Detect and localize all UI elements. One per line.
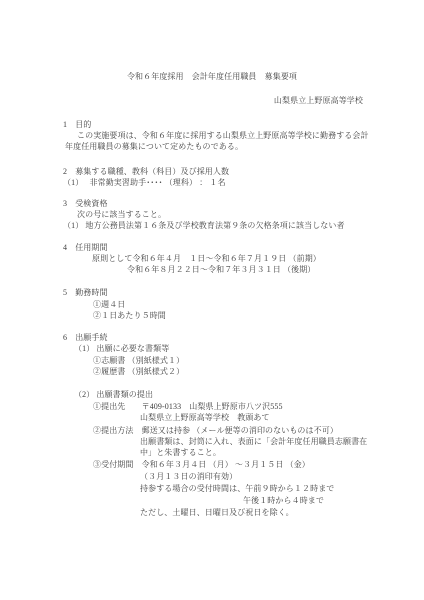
section-5-item-2: ②１日あたり５時間 [93, 311, 166, 321]
school-name: 山梨県立上野原高等学校 [274, 96, 363, 106]
document-title: 令和６年度採用 会計年度任用職員 募集要項 [0, 72, 424, 82]
section-4-period-first: 原則として令和６年４月 １日～令和６年７月１９日 （前期） [92, 254, 321, 264]
section-4-period-second: 令和６年８月２２日～令和７年３月３１日 （後期） [127, 265, 315, 275]
section-6-1-item-2: ②履歴書 （別紙様式２） [93, 367, 184, 377]
section-4-heading: 4 任用期間 [63, 243, 108, 253]
section-6-1-heading: （1） 出願に必要な書類等 [74, 344, 169, 354]
section-6-heading: 6 出願手続 [63, 333, 108, 343]
section-1-body-line-1: この実施要項は、令和６年度に採用する山梨県立上野原高等学校に勤務する会計 [77, 131, 369, 141]
section-3-heading: 3 受検資格 [63, 199, 108, 209]
section-6-2-postmark-note: （３月１３日の消印有効） [140, 472, 237, 482]
section-5-heading: 5 勤務時間 [63, 288, 108, 298]
section-1-body-line-2: 年度任用職員の募集について定めたものである。 [65, 142, 243, 152]
section-6-2-exclusion-note: ただし、土曜日、日曜日及び祝日を除く。 [140, 508, 294, 518]
section-2-heading: 2 募集する職種、教科（科目）及び採用人数 [63, 167, 229, 177]
section-6-2-method-line-2: 出願書類は、封筒に入れ、表面に「会計年度任用職員志願書在 [140, 437, 367, 447]
section-3-body-line-1: 次の号に該当すること。 [77, 210, 166, 220]
section-2-item-1: （1） 非常勤実習助手････ （理科） ： １名 [63, 178, 226, 188]
section-6-2-hours-afternoon: 午後１時から４時まで [243, 496, 324, 506]
section-6-2-acceptance-period: ③受付期間 令和６年３月４日 （月） ～３月１５日 （金） [93, 460, 310, 470]
section-6-2-destination: ①提出先 〒409-0133 山梨県上野原市八ツ沢555 [93, 402, 283, 412]
section-6-2-hours-morning: 持参する場合の受付時間は、午前９時から１２時まで [140, 484, 334, 494]
section-6-1-item-1: ①志願書 （別紙様式１） [93, 356, 184, 366]
section-5-item-1: ①週４日 [93, 300, 125, 310]
section-3-item-1: （1） 地方公務員法第１６条及び学校教育法第９条の欠格条項に該当しない者 [63, 221, 345, 231]
section-6-2-method: ②提出方法 郵送又は持参 （メール便等の消印のないものは不可） [93, 426, 338, 436]
section-6-2-heading: （2） 出願書類の提出 [74, 390, 153, 400]
document-page: 令和６年度採用 会計年度任用職員 募集要項 山梨県立上野原高等学校 1 目的 こ… [0, 0, 424, 600]
section-1-heading: 1 目的 [63, 120, 91, 130]
section-6-2-destination-line-2: 山梨県立上野原高等学校 教頭あて [140, 413, 270, 423]
section-6-2-method-line-3: 中」と朱書すること。 [140, 448, 221, 458]
